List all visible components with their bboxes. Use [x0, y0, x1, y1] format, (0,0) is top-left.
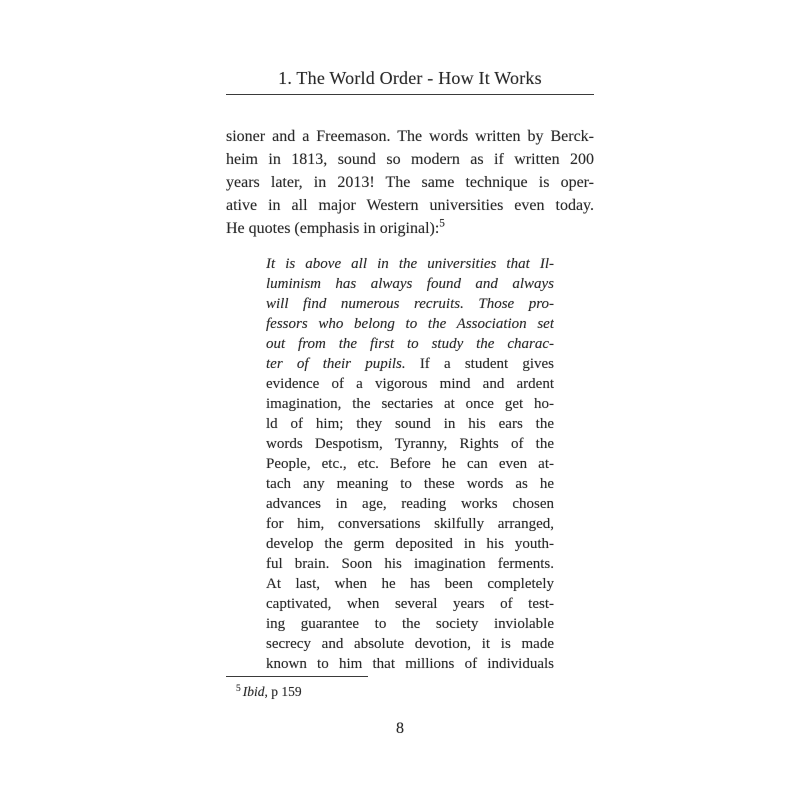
quote-roman-segment: If a student gives	[420, 356, 554, 372]
quote-line: fessors who belong to the Association se…	[266, 314, 554, 334]
quote-line: People, etc., etc. Before he can even at…	[266, 454, 554, 474]
quote-line: luminism has always found and always	[266, 274, 554, 294]
page-number: 8	[0, 720, 800, 738]
footnote-rule	[226, 676, 368, 677]
quote-line: secrecy and absolute devotion, it is mad…	[266, 634, 554, 654]
text-block: 1. The World Order - How It Works sioner…	[226, 66, 594, 674]
quote-line: ing guarantee to the society inviolable	[266, 614, 554, 634]
quote-line: out from the first to study the charac-	[266, 334, 554, 354]
quote-line: develop the germ deposited in his youth-	[266, 534, 554, 554]
quote-line: known to him that millions of individual…	[266, 654, 554, 674]
quote-line: for him, conversations skilfully arrange…	[266, 514, 554, 534]
chapter-title: 1. The World Order - How It Works	[226, 66, 594, 90]
paragraph: sioner and a Freemason. The words writte…	[226, 125, 594, 240]
quote-line: ld of him; they sound in his ears the	[266, 414, 554, 434]
quote-line: words Despotism, Tyranny, Rights of the	[266, 434, 554, 454]
quote-line: will find numerous recruits. Those pro-	[266, 294, 554, 314]
book-page: 1. The World Order - How It Works sioner…	[0, 0, 800, 800]
paragraph-line: sioner and a Freemason. The words writte…	[226, 125, 594, 148]
quote-line: advances in age, reading works chosen	[266, 494, 554, 514]
footnote-page-ref: , p 159	[264, 684, 301, 699]
quote-line: It is above all in the universities that…	[266, 254, 554, 274]
quote-line-transition: ter of their pupils. If a student gives	[266, 354, 554, 374]
footnote-source: Ibid	[243, 684, 265, 699]
footnote: 5Ibid, p 159	[226, 683, 594, 701]
header-rule	[226, 94, 594, 95]
paragraph-line: ative in all major Western universities …	[226, 194, 594, 217]
paragraph-line: years later, in 2013! The same technique…	[226, 171, 594, 194]
quote-line: tach any meaning to these words as he	[266, 474, 554, 494]
paragraph-line: He quotes (emphasis in original):5	[226, 217, 594, 240]
footnote-reference: 5	[439, 218, 445, 230]
footnote-marker: 5	[236, 684, 241, 694]
quote-line: At last, when he has been completely	[266, 574, 554, 594]
running-header: 1. The World Order - How It Works	[226, 66, 594, 95]
quote-italic-segment: ter of their pupils.	[266, 356, 406, 372]
block-quote: It is above all in the universities that…	[266, 254, 554, 674]
footnote-area: 5Ibid, p 159	[226, 676, 594, 701]
quote-line: captivated, when several years of test-	[266, 594, 554, 614]
quote-line: ful brain. Soon his imagination ferments…	[266, 554, 554, 574]
paragraph-line: heim in 1813, sound so modern as if writ…	[226, 148, 594, 171]
quote-line: evidence of a vigorous mind and ardent	[266, 374, 554, 394]
quote-line: imagination, the sectaries at once get h…	[266, 394, 554, 414]
paragraph-text: He quotes (emphasis in original):	[226, 220, 439, 237]
